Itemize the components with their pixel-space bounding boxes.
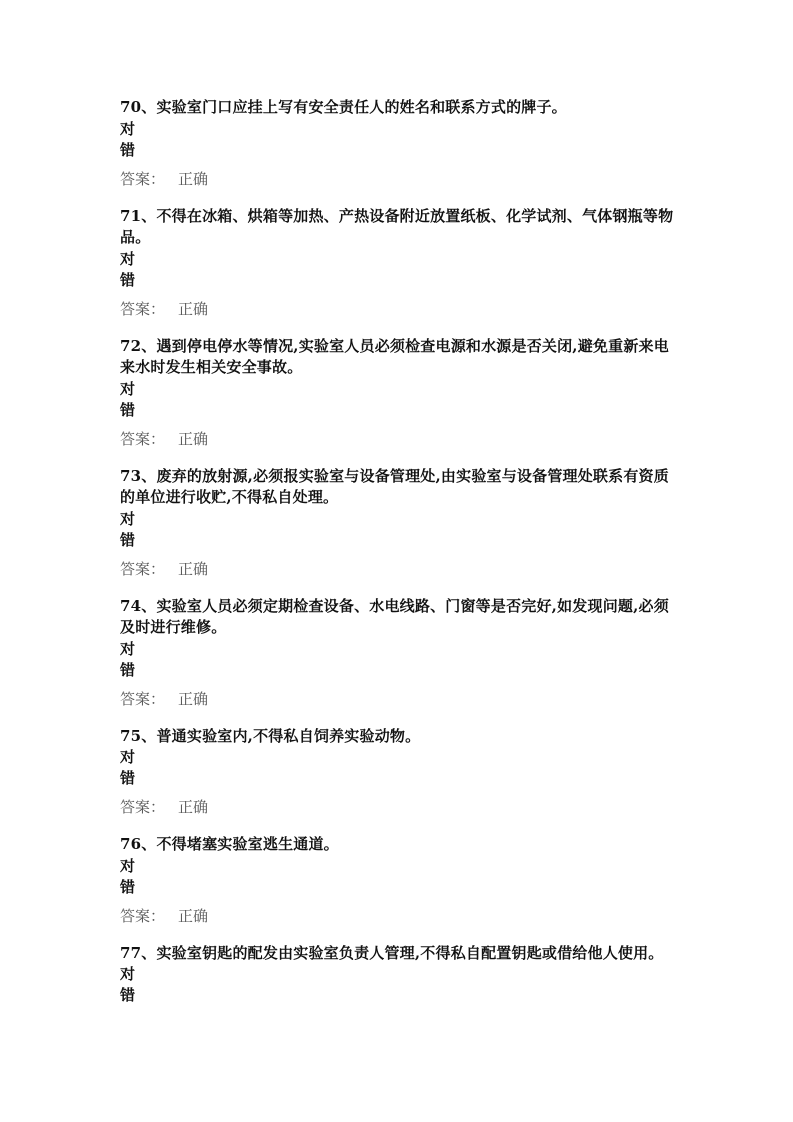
question-text: 71、不得在冰箱、烘箱等加热、产热设备附近放置纸板、化学试剂、气体钢瓶等物品。 [120, 206, 680, 249]
answer-value: 正确 [178, 430, 208, 448]
question-72: 72、遇到停电停水等情况,实验室人员必须检查电源和水源是否关闭,避免重新来电来水… [120, 336, 680, 450]
answer-label: 答案： [120, 689, 178, 710]
option-false: 错 [120, 530, 680, 551]
question-text: 77、实验室钥匙的配发由实验室负责人管理,不得私自配置钥匙或借给他人使用。 [120, 943, 680, 965]
answer-label: 答案： [120, 299, 178, 320]
option-false: 错 [120, 877, 680, 898]
question-list: 70、实验室门口应挂上写有安全责任人的姓名和联系方式的牌子。 对 错 答案：正确… [120, 97, 680, 1006]
option-false: 错 [120, 660, 680, 681]
answer-label: 答案： [120, 559, 178, 580]
answer-value: 正确 [178, 798, 208, 816]
answer-line: 答案：正确 [120, 299, 680, 320]
question-71: 71、不得在冰箱、烘箱等加热、产热设备附近放置纸板、化学试剂、气体钢瓶等物品。 … [120, 206, 680, 320]
answer-value: 正确 [178, 560, 208, 578]
question-text: 75、普通实验室内,不得私自饲养实验动物。 [120, 726, 680, 748]
option-true: 对 [120, 856, 680, 877]
option-true: 对 [120, 249, 680, 270]
answer-value: 正确 [178, 170, 208, 188]
answer-value: 正确 [178, 907, 208, 925]
answer-value: 正确 [178, 690, 208, 708]
option-false: 错 [120, 985, 680, 1006]
answer-value: 正确 [178, 300, 208, 318]
answer-label: 答案： [120, 169, 178, 190]
option-false: 错 [120, 140, 680, 161]
question-text: 73、废弃的放射源,必须报实验室与设备管理处,由实验室与设备管理处联系有资质的单… [120, 466, 680, 509]
question-text: 70、实验室门口应挂上写有安全责任人的姓名和联系方式的牌子。 [120, 97, 680, 119]
answer-line: 答案：正确 [120, 429, 680, 450]
answer-label: 答案： [120, 797, 178, 818]
answer-line: 答案：正确 [120, 797, 680, 818]
option-true: 对 [120, 639, 680, 660]
option-true: 对 [120, 379, 680, 400]
option-false: 错 [120, 768, 680, 789]
option-false: 错 [120, 400, 680, 421]
question-76: 76、不得堵塞实验室逃生通道。 对 错 答案：正确 [120, 834, 680, 927]
answer-line: 答案：正确 [120, 559, 680, 580]
answer-label: 答案： [120, 429, 178, 450]
answer-line: 答案：正确 [120, 169, 680, 190]
question-text: 74、实验室人员必须定期检查设备、水电线路、门窗等是否完好,如发现问题,必须及时… [120, 596, 680, 639]
question-73: 73、废弃的放射源,必须报实验室与设备管理处,由实验室与设备管理处联系有资质的单… [120, 466, 680, 580]
question-77: 77、实验室钥匙的配发由实验室负责人管理,不得私自配置钥匙或借给他人使用。 对 … [120, 943, 680, 1007]
answer-line: 答案：正确 [120, 689, 680, 710]
question-74: 74、实验室人员必须定期检查设备、水电线路、门窗等是否完好,如发现问题,必须及时… [120, 596, 680, 710]
question-text: 72、遇到停电停水等情况,实验室人员必须检查电源和水源是否关闭,避免重新来电来水… [120, 336, 680, 379]
option-true: 对 [120, 509, 680, 530]
answer-label: 答案： [120, 906, 178, 927]
option-false: 错 [120, 270, 680, 291]
question-70: 70、实验室门口应挂上写有安全责任人的姓名和联系方式的牌子。 对 错 答案：正确 [120, 97, 680, 190]
option-true: 对 [120, 964, 680, 985]
question-text: 76、不得堵塞实验室逃生通道。 [120, 834, 680, 856]
option-true: 对 [120, 747, 680, 768]
answer-line: 答案：正确 [120, 906, 680, 927]
option-true: 对 [120, 119, 680, 140]
question-75: 75、普通实验室内,不得私自饲养实验动物。 对 错 答案：正确 [120, 726, 680, 819]
